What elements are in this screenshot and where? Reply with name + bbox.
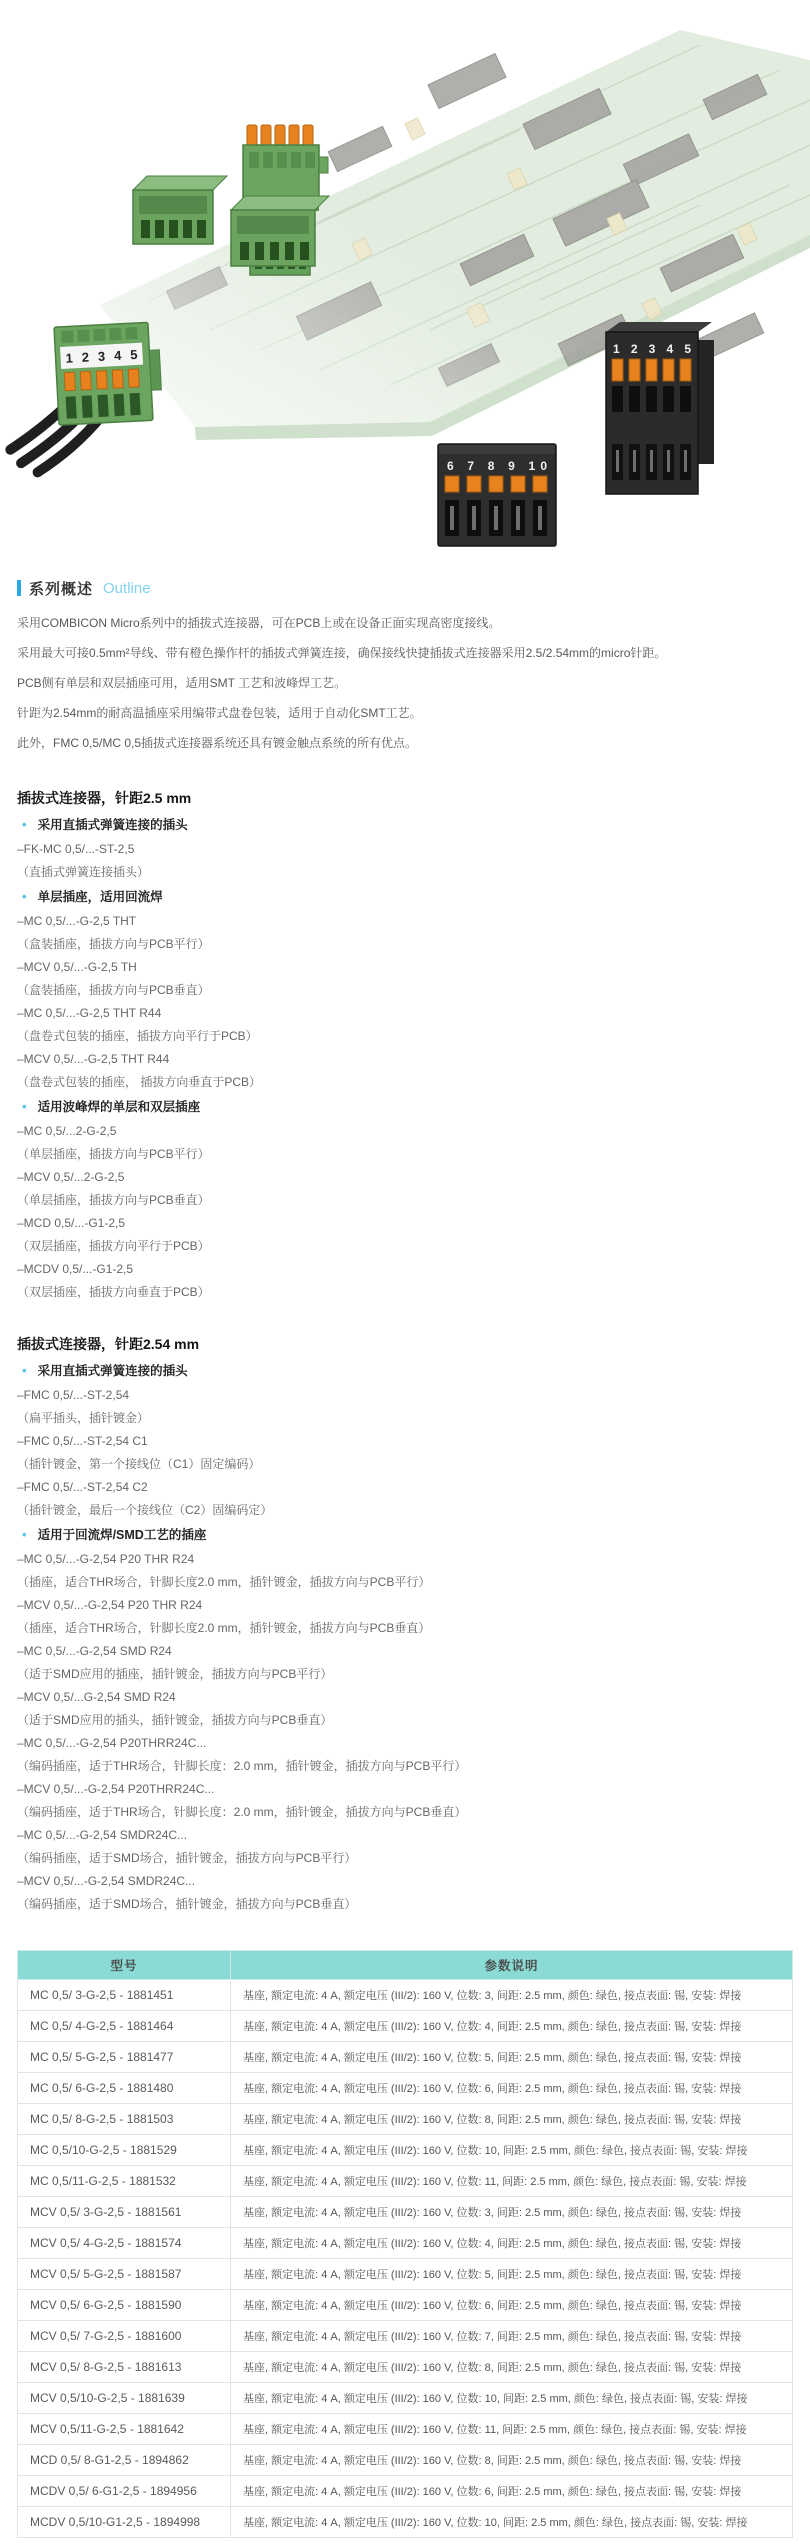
list-item: （双层插座，插拔方向垂直于PCB） xyxy=(17,1281,793,1304)
pitch-2-54-heading: 插拔式连接器，针距2.54 mm xyxy=(17,1334,793,1354)
model-cell: MCV 0,5/ 4-G-2,5 - 1881574 xyxy=(18,2228,231,2259)
main-content: 系列概述 Outline 采用COMBICON Micro系列中的插拔式连接器，… xyxy=(0,576,810,2538)
model-cell: MCV 0,5/ 7-G-2,5 - 1881600 xyxy=(18,2321,231,2352)
list-item: （盒装插座，插拔方向与PCB平行） xyxy=(17,933,793,956)
params-cell: 基座, 额定电流: 4 A, 额定电压 (III/2): 160 V, 位数: … xyxy=(231,2507,793,2538)
model-cell: MCV 0,5/ 8-G-2,5 - 1881613 xyxy=(18,2352,231,2383)
table-row: MCV 0,5/ 7-G-2,5 - 1881600 基座, 额定电流: 4 A… xyxy=(18,2321,793,2352)
green-header-center xyxy=(231,196,329,266)
list-item: 适用于回流焊/SMD工艺的插座 xyxy=(17,1522,793,1548)
pitch-2-54-list: 采用直插式弹簧连接的插头 –FMC 0,5/...-ST-2,54 （扁平插头，… xyxy=(17,1358,793,1916)
accent-bar xyxy=(17,580,21,596)
table-header-row: 型号 参数说明 xyxy=(18,1951,793,1980)
model-cell: MCD 0,5/ 8-G1-2,5 - 1894862 xyxy=(18,2445,231,2476)
list-item: –MC 0,5/...-G-2,54 SMD R24 xyxy=(17,1640,793,1663)
list-item: （适于SMD应用的插头，插针镀金，插拔方向与PCB垂直） xyxy=(17,1709,793,1732)
list-item: （直插式弹簧连接插头） xyxy=(17,861,793,884)
table-row: MCV 0,5/11-G-2,5 - 1881642 基座, 额定电流: 4 A… xyxy=(18,2414,793,2445)
list-item: （盘卷式包装的插座， 插拔方向垂直于PCB） xyxy=(17,1071,793,1094)
pin-number-label: 1 2 3 4 5 xyxy=(613,342,691,356)
table-row: MC 0,5/11-G-2,5 - 1881532 基座, 额定电流: 4 A,… xyxy=(18,2166,793,2197)
list-item: （插针镀金，第一个接线位（C1）固定编码） xyxy=(17,1453,793,1476)
list-item: –MC 0,5/...2-G-2,5 xyxy=(17,1120,793,1143)
list-item: –FMC 0,5/...-ST-2,54 xyxy=(17,1384,793,1407)
section-title-en: Outline xyxy=(103,580,151,597)
list-item: –MC 0,5/...-G-2,54 SMDR24C... xyxy=(17,1824,793,1847)
hero-photo: 1 2 3 4 5 1 2 3 4 5 xyxy=(0,0,810,566)
list-item: （编码插座，适于THR场合，针脚长度：2.0 mm，插针镀金，插拔方向与PCB平… xyxy=(17,1755,793,1778)
list-item: –MCV 0,5/...-G-2,5 TH xyxy=(17,956,793,979)
params-cell: 基座, 额定电流: 4 A, 额定电压 (III/2): 160 V, 位数: … xyxy=(231,2166,793,2197)
table-row: MCV 0,5/ 3-G-2,5 - 1881561 基座, 额定电流: 4 A… xyxy=(18,2197,793,2228)
list-item: –FK-MC 0,5/...-ST-2,5 xyxy=(17,838,793,861)
list-item: –MC 0,5/...-G-2,5 THT R44 xyxy=(17,1002,793,1025)
list-item: –MCDV 0,5/...-G1-2,5 xyxy=(17,1258,793,1281)
pitch-2-5-heading: 插拔式连接器，针距2.5 mm xyxy=(17,788,793,808)
params-cell: 基座, 额定电流: 4 A, 额定电压 (III/2): 160 V, 位数: … xyxy=(231,1980,793,2011)
params-cell: 基座, 额定电流: 4 A, 额定电压 (III/2): 160 V, 位数: … xyxy=(231,2011,793,2042)
list-item: –MCV 0,5/...-G-2,5 THT R44 xyxy=(17,1048,793,1071)
overview-paragraph: 针距为2.54mm的耐高温插座采用编带式盘卷包装，适用于自动化SMT工艺。 xyxy=(17,698,793,728)
model-cell: MC 0,5/10-G-2,5 - 1881529 xyxy=(18,2135,231,2166)
model-cell: MCV 0,5/ 5-G-2,5 - 1881587 xyxy=(18,2259,231,2290)
list-item: –MCV 0,5/...-G-2,54 P20 THR R24 xyxy=(17,1594,793,1617)
table-row: MC 0,5/ 4-G-2,5 - 1881464 基座, 额定电流: 4 A,… xyxy=(18,2011,793,2042)
table-row: MC 0,5/ 3-G-2,5 - 1881451 基座, 额定电流: 4 A,… xyxy=(18,1980,793,2011)
pcb-illustration: 1 2 3 4 5 1 2 3 4 5 xyxy=(0,0,810,566)
params-cell: 基座, 额定电流: 4 A, 额定电压 (III/2): 160 V, 位数: … xyxy=(231,2135,793,2166)
overview-paragraph: PCB侧有单层和双层插座可用，适用SMT 工艺和波峰焊工艺。 xyxy=(17,668,793,698)
list-item: （编码插座，适于THR场合，针脚长度：2.0 mm，插针镀金，插拔方向与PCB垂… xyxy=(17,1801,793,1824)
table-row: MCDV 0,5/10-G1-2,5 - 1894998 基座, 额定电流: 4… xyxy=(18,2507,793,2538)
model-cell: MCDV 0,5/ 6-G1-2,5 - 1894956 xyxy=(18,2476,231,2507)
table-row: MCV 0,5/ 6-G-2,5 - 1881590 基座, 额定电流: 4 A… xyxy=(18,2290,793,2321)
model-cell: MCV 0,5/11-G-2,5 - 1881642 xyxy=(18,2414,231,2445)
list-item: –MCV 0,5/...G-2,54 SMD R24 xyxy=(17,1686,793,1709)
table-row: MCV 0,5/ 4-G-2,5 - 1881574 基座, 额定电流: 4 A… xyxy=(18,2228,793,2259)
params-cell: 基座, 额定电流: 4 A, 额定电压 (III/2): 160 V, 位数: … xyxy=(231,2383,793,2414)
model-cell: MC 0,5/11-G-2,5 - 1881532 xyxy=(18,2166,231,2197)
model-cell: MC 0,5/ 4-G-2,5 - 1881464 xyxy=(18,2011,231,2042)
params-cell: 基座, 额定电流: 4 A, 额定电压 (III/2): 160 V, 位数: … xyxy=(231,2445,793,2476)
list-item: （盘卷式包装的插座，插拔方向平行于PCB） xyxy=(17,1025,793,1048)
list-item: （适于SMD应用的插座，插针镀金，插拔方向与PCB平行） xyxy=(17,1663,793,1686)
list-item: –MC 0,5/...-G-2,54 P20THRR24C... xyxy=(17,1732,793,1755)
table-row: MC 0,5/10-G-2,5 - 1881529 基座, 额定电流: 4 A,… xyxy=(18,2135,793,2166)
params-cell: 基座, 额定电流: 4 A, 额定电压 (III/2): 160 V, 位数: … xyxy=(231,2197,793,2228)
params-cell: 基座, 额定电流: 4 A, 额定电压 (III/2): 160 V, 位数: … xyxy=(231,2321,793,2352)
series-overview-header: 系列概述 Outline xyxy=(17,576,793,600)
table-row: MCV 0,5/ 5-G-2,5 - 1881587 基座, 额定电流: 4 A… xyxy=(18,2259,793,2290)
pitch-2-5-list: 采用直插式弹簧连接的插头 –FK-MC 0,5/...-ST-2,5 （直插式弹… xyxy=(17,812,793,1304)
table-row: MC 0,5/ 5-G-2,5 - 1881477 基座, 额定电流: 4 A,… xyxy=(18,2042,793,2073)
model-cell: MC 0,5/ 3-G-2,5 - 1881451 xyxy=(18,1980,231,2011)
list-item: –FMC 0,5/...-ST-2,54 C1 xyxy=(17,1430,793,1453)
list-item: 采用直插式弹簧连接的插头 xyxy=(17,1358,793,1384)
list-item: –MCD 0,5/...-G1-2,5 xyxy=(17,1212,793,1235)
list-item: –FMC 0,5/...-ST-2,54 C2 xyxy=(17,1476,793,1499)
list-item: –MCV 0,5/...-G-2,54 SMDR24C... xyxy=(17,1870,793,1893)
list-item: （单层插座，插拔方向与PCB垂直） xyxy=(17,1189,793,1212)
list-item: （插座，适合THR场合，针脚长度2.0 mm，插针镀金，插拔方向与PCB垂直） xyxy=(17,1617,793,1640)
model-cell: MC 0,5/ 6-G-2,5 - 1881480 xyxy=(18,2073,231,2104)
params-cell: 基座, 额定电流: 4 A, 额定电压 (III/2): 160 V, 位数: … xyxy=(231,2414,793,2445)
model-cell: MCV 0,5/ 6-G-2,5 - 1881590 xyxy=(18,2290,231,2321)
model-cell: MC 0,5/ 5-G-2,5 - 1881477 xyxy=(18,2042,231,2073)
overview-paragraph: 采用最大可接0.5mm²导线、带有橙色操作杆的插拔式弹簧连接，确保接线快捷插拔式… xyxy=(17,638,793,668)
list-item: –MC 0,5/...-G-2,5 THT xyxy=(17,910,793,933)
list-item: –MCV 0,5/...2-G-2,5 xyxy=(17,1166,793,1189)
parts-table: 型号 参数说明 MC 0,5/ 3-G-2,5 - 1881451 基座, 额定… xyxy=(17,1950,793,2538)
params-cell: 基座, 额定电流: 4 A, 额定电压 (III/2): 160 V, 位数: … xyxy=(231,2042,793,2073)
list-item: （扁平插头，插针镀金） xyxy=(17,1407,793,1430)
params-cell: 基座, 额定电流: 4 A, 额定电压 (III/2): 160 V, 位数: … xyxy=(231,2073,793,2104)
list-item: （插针镀金，最后一个接线位（C2）固编码定） xyxy=(17,1499,793,1522)
model-cell: MC 0,5/ 8-G-2,5 - 1881503 xyxy=(18,2104,231,2135)
model-cell: MCV 0,5/10-G-2,5 - 1881639 xyxy=(18,2383,231,2414)
green-header-left xyxy=(133,176,227,244)
overview-paragraph: 采用COMBICON Micro系列中的插拔式连接器，可在PCB上或在设备正面实… xyxy=(17,608,793,638)
left-cable-plug: 1 2 3 4 5 xyxy=(4,322,165,474)
params-cell: 基座, 额定电流: 4 A, 额定电压 (III/2): 160 V, 位数: … xyxy=(231,2228,793,2259)
model-column-header: 型号 xyxy=(18,1951,231,1980)
table-body: MC 0,5/ 3-G-2,5 - 1881451 基座, 额定电流: 4 A,… xyxy=(18,1980,793,2538)
bottom-black-connector: 6 7 8 9 10 xyxy=(438,444,556,546)
list-item: –MC 0,5/...-G-2,54 P20 THR R24 xyxy=(17,1548,793,1571)
list-item: （双层插座，插拔方向平行于PCB） xyxy=(17,1235,793,1258)
list-item: –MCV 0,5/...-G-2,54 P20THRR24C... xyxy=(17,1778,793,1801)
model-cell: MCV 0,5/ 3-G-2,5 - 1881561 xyxy=(18,2197,231,2228)
params-column-header: 参数说明 xyxy=(231,1951,793,1980)
params-cell: 基座, 额定电流: 4 A, 额定电压 (III/2): 160 V, 位数: … xyxy=(231,2259,793,2290)
table-row: MCDV 0,5/ 6-G1-2,5 - 1894956 基座, 额定电流: 4… xyxy=(18,2476,793,2507)
list-item: 适用波峰焊的单层和双层插座 xyxy=(17,1094,793,1120)
list-item: （编码插座，适于SMD场合，插针镀金，插拔方向与PCB平行） xyxy=(17,1847,793,1870)
list-item: （编码插座，适于SMD场合，插针镀金，插拔方向与PCB垂直） xyxy=(17,1893,793,1916)
table-row: MCV 0,5/ 8-G-2,5 - 1881613 基座, 额定电流: 4 A… xyxy=(18,2352,793,2383)
list-item: 采用直插式弹簧连接的插头 xyxy=(17,812,793,838)
table-row: MC 0,5/ 8-G-2,5 - 1881503 基座, 额定电流: 4 A,… xyxy=(18,2104,793,2135)
list-item: （单层插座，插拔方向与PCB平行） xyxy=(17,1143,793,1166)
right-black-connector: 1 2 3 4 5 xyxy=(606,322,714,494)
list-item: （插座，适合THR场合，针脚长度2.0 mm，插针镀金，插拔方向与PCB平行） xyxy=(17,1571,793,1594)
model-cell: MCDV 0,5/10-G1-2,5 - 1894998 xyxy=(18,2507,231,2538)
params-cell: 基座, 额定电流: 4 A, 额定电压 (III/2): 160 V, 位数: … xyxy=(231,2476,793,2507)
overview-paragraphs: 采用COMBICON Micro系列中的插拔式连接器，可在PCB上或在设备正面实… xyxy=(17,608,793,758)
table-row: MCD 0,5/ 8-G1-2,5 - 1894862 基座, 额定电流: 4 … xyxy=(18,2445,793,2476)
list-item: 单层插座，适用回流焊 xyxy=(17,884,793,910)
section-title-zh: 系列概述 xyxy=(29,578,93,599)
overview-paragraph: 此外，FMC 0,5/MC 0,5插拔式连接器系统还具有镀金触点系统的所有优点。 xyxy=(17,728,793,758)
table-row: MCV 0,5/10-G-2,5 - 1881639 基座, 额定电流: 4 A… xyxy=(18,2383,793,2414)
params-cell: 基座, 额定电流: 4 A, 额定电压 (III/2): 160 V, 位数: … xyxy=(231,2290,793,2321)
table-row: MC 0,5/ 6-G-2,5 - 1881480 基座, 额定电流: 4 A,… xyxy=(18,2073,793,2104)
params-cell: 基座, 额定电流: 4 A, 额定电压 (III/2): 160 V, 位数: … xyxy=(231,2352,793,2383)
params-cell: 基座, 额定电流: 4 A, 额定电压 (III/2): 160 V, 位数: … xyxy=(231,2104,793,2135)
list-item: （盒装插座，插拔方向与PCB垂直） xyxy=(17,979,793,1002)
